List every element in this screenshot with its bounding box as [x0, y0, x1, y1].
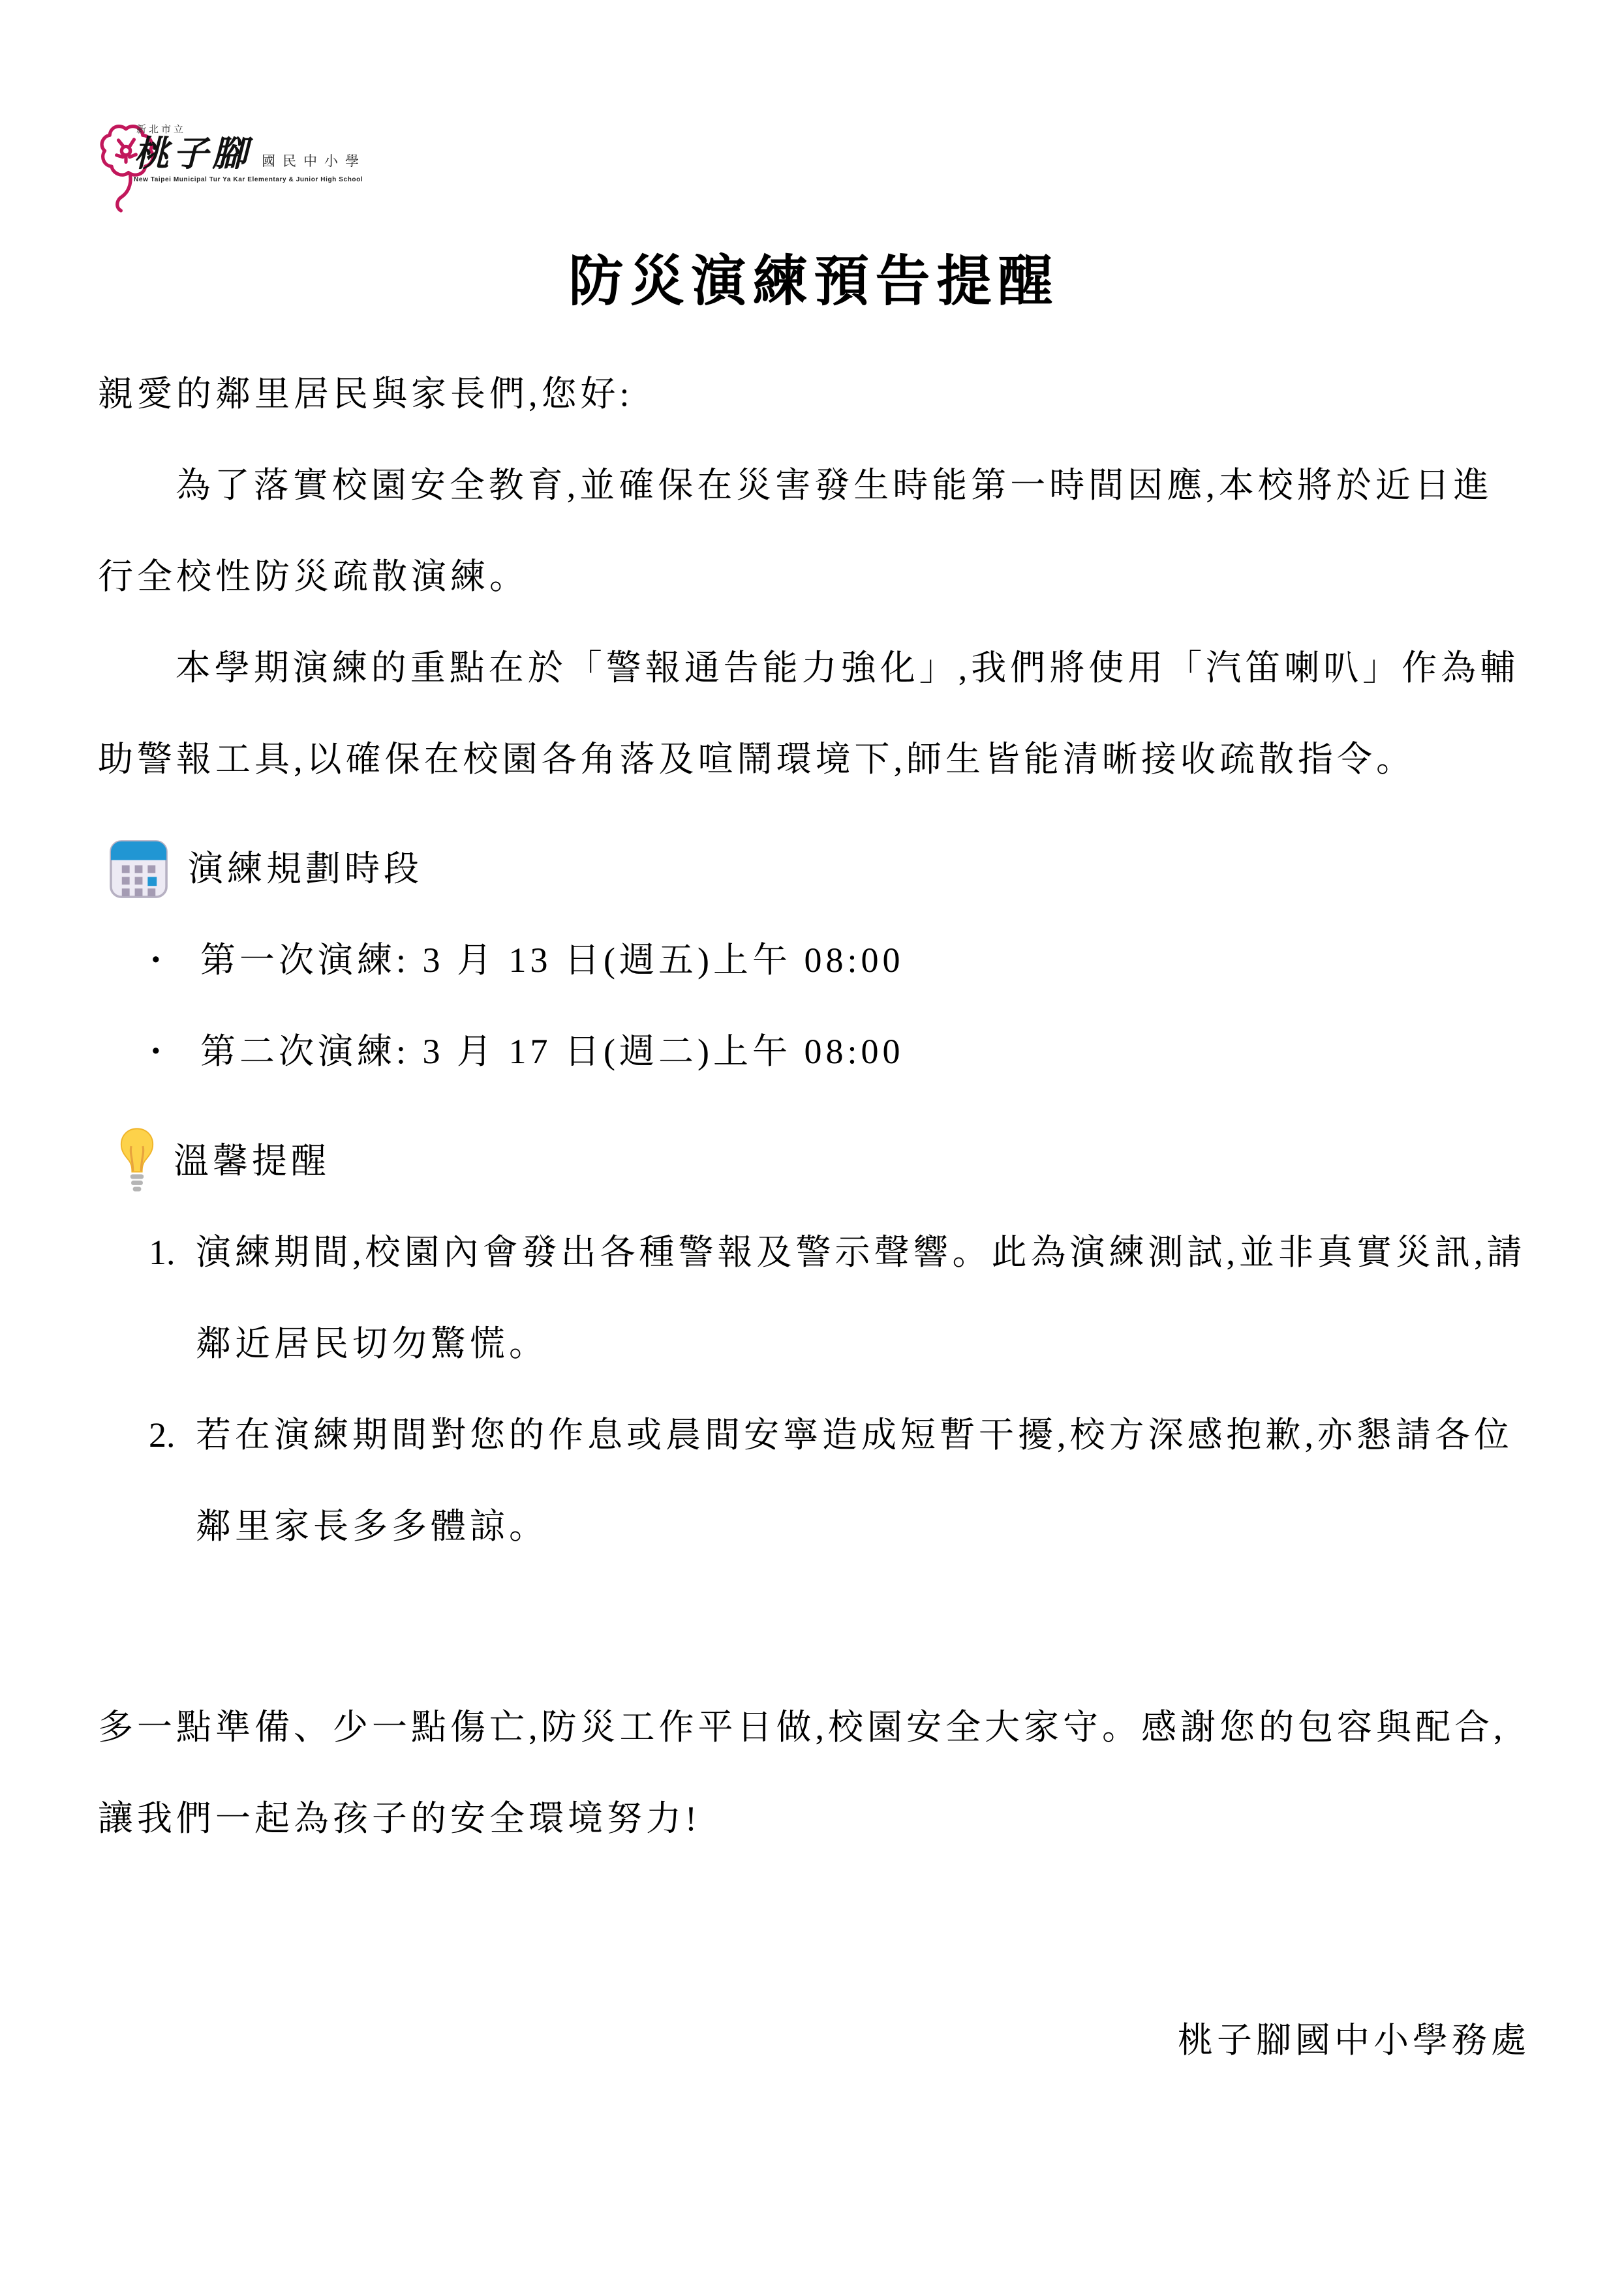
- schedule-item-2: • 第二次演練: 3 月 17 日(週二)上午 08:00: [98, 1006, 1530, 1097]
- schedule-item-1-text: 第一次演練: 3 月 13 日(週五)上午 08:00: [200, 914, 1530, 1006]
- logo-english-name: New Taipei Municipal Tur Ya Kar Elementa…: [134, 176, 366, 183]
- lightbulb-icon: [119, 1125, 155, 1197]
- paragraph-1: 為了落實校園安全教育,並確保在災害發生時能第一時間因應,本校將於近日進行全校性防…: [98, 440, 1530, 622]
- signature-line: 桃子腳國中小學務處: [98, 1995, 1530, 2086]
- closing-paragraph: 多一點準備、少一點傷亡,防災工作平日做,校園安全大家守。感謝您的包容與配合,讓我…: [98, 1682, 1530, 1864]
- logo-school-name: 桃子腳: [134, 136, 251, 173]
- schedule-item-1: • 第一次演練: 3 月 13 日(週五)上午 08:00: [98, 914, 1530, 1006]
- schedule-section-title: 演練規劃時段: [188, 823, 423, 914]
- reminder-section-title: 溫馨提醒: [174, 1115, 330, 1207]
- bullet-icon: •: [151, 1006, 200, 1097]
- schedule-item-2-text: 第二次演練: 3 月 17 日(週二)上午 08:00: [200, 1006, 1530, 1097]
- school-logo: 新北市立 桃子腳 國民中小學 New Taipei Municipal Tur …: [98, 114, 1530, 219]
- paragraph-2: 本學期演練的重點在於「警報通告能力強化」,我們將使用「汽笛喇叭」作為輔助警報工具…: [98, 622, 1530, 805]
- logo-main-line: 桃子腳 國民中小學: [134, 136, 366, 173]
- reminder-list: 1. 演練期間,校園內會發出各種警報及警示聲響。此為演練測試,並非真實災訊,請鄰…: [98, 1207, 1530, 1572]
- reminder-item-1-text: 演練期間,校園內會發出各種警報及警示聲響。此為演練測試,並非真實災訊,請鄰近居民…: [196, 1207, 1530, 1389]
- logo-school-type: 國民中小學: [262, 154, 366, 168]
- page-title: 防災演練預告提醒: [98, 250, 1530, 316]
- notice-page: 新北市立 桃子腳 國民中小學 New Taipei Municipal Tur …: [0, 0, 1624, 2296]
- school-logo-text: 新北市立 桃子腳 國民中小學 New Taipei Municipal Tur …: [134, 122, 366, 183]
- bullet-icon: •: [151, 914, 200, 1006]
- reminder-item-2-number: 2.: [149, 1389, 196, 1481]
- logo-municipality: 新北市立: [136, 122, 366, 136]
- reminder-section-header: 溫馨提醒: [98, 1115, 1530, 1207]
- reminder-item-2-text: 若在演練期間對您的作息或晨間安寧造成短暫干擾,校方深感抱歉,亦懇請各位鄰里家長多…: [196, 1389, 1530, 1572]
- schedule-section-header: 演練規劃時段: [98, 823, 1530, 914]
- greeting-line: 親愛的鄰里居民與家長們,您好:: [98, 348, 1530, 440]
- calendar-icon: [108, 836, 170, 901]
- reminder-item-1-number: 1.: [149, 1207, 196, 1298]
- reminder-item-1: 1. 演練期間,校園內會發出各種警報及警示聲響。此為演練測試,並非真實災訊,請鄰…: [98, 1207, 1530, 1389]
- reminder-item-2: 2. 若在演練期間對您的作息或晨間安寧造成短暫干擾,校方深感抱歉,亦懇請各位鄰里…: [98, 1389, 1530, 1572]
- schedule-list: • 第一次演練: 3 月 13 日(週五)上午 08:00 • 第二次演練: 3…: [98, 914, 1530, 1097]
